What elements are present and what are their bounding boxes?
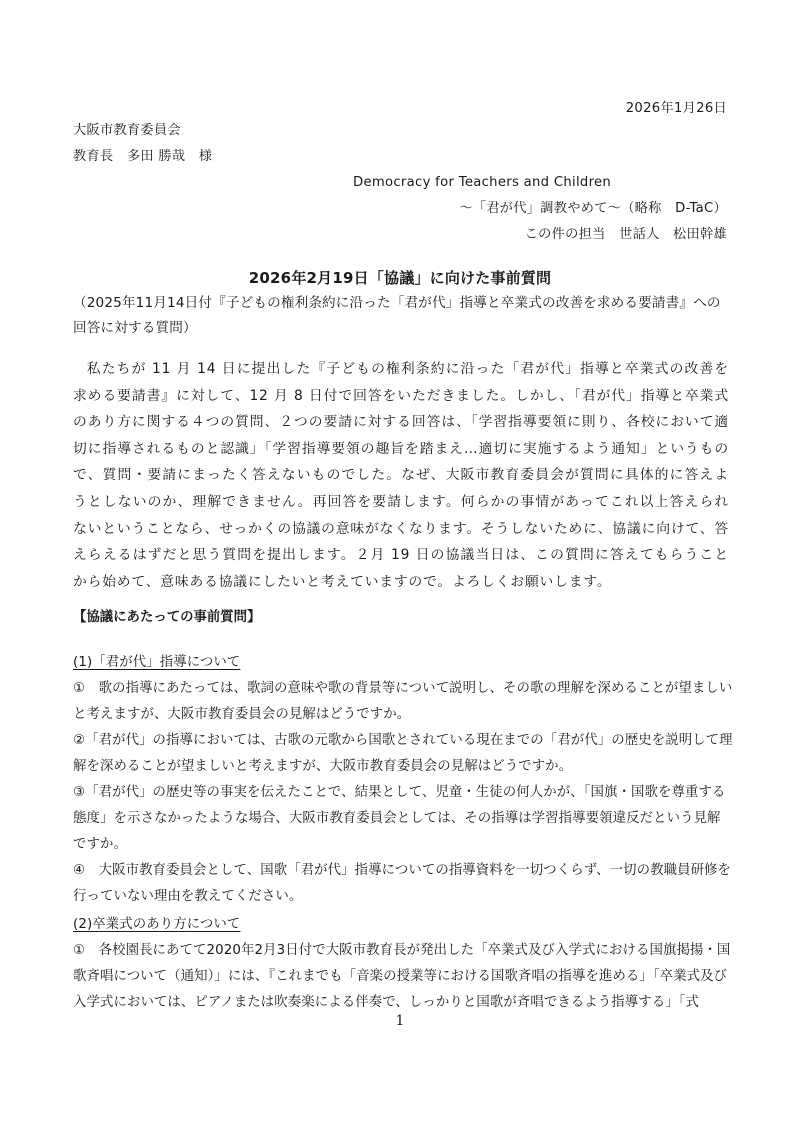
- document-title: 2026年2月19日「協議」に向けた事前質問: [0, 266, 800, 290]
- section-heading: (1)「君が代」指導について: [73, 650, 733, 676]
- question-item: ④ 大阪市教育委員会として、国歌「君が代」指導についての指導資料を一切つくらず、…: [73, 858, 733, 910]
- question-item: ① 歌の指導にあたっては、歌詞の意味や歌の背景等について説明し、その歌の理解を深…: [73, 676, 733, 728]
- sender-contact: この件の担当 世話人 松田幹雄: [525, 222, 727, 248]
- intro-paragraph: 私たちが 11 月 14 日に提出した『子どもの権利条約に沿った「君が代」指導と…: [73, 356, 729, 595]
- document-date: 2026年1月26日: [626, 96, 727, 122]
- document-page: 2026年1月26日 大阪市教育委員会 教育長 多田 勝哉 様 Democrac…: [0, 0, 800, 1132]
- page-number: 1: [0, 1013, 800, 1029]
- question-item: ②「君が代」の指導においては、古歌の元歌から国歌とされている現在までの「君が代」…: [73, 728, 733, 780]
- intro-paragraph-text: 私たちが 11 月 14 日に提出した『子どもの権利条約に沿った「君が代」指導と…: [73, 356, 729, 595]
- questions-heading: 【協議にあたっての事前質問】: [73, 605, 260, 631]
- sender-organization-english: Democracy for Teachers and Children: [353, 170, 611, 196]
- question-item: ③「君が代」の歴史等の事実を伝えたことで、結果として、児童・生徒の何人かが、「国…: [73, 780, 733, 858]
- section-kimigayo-guidance: (1)「君が代」指導について ① 歌の指導にあたっては、歌詞の意味や歌の背景等に…: [73, 650, 733, 910]
- sender-organization-japanese: ～「君が代」調教やめて～（略称 D-TaC）: [459, 196, 727, 222]
- recipient-person: 教育長 多田 勝哉 様: [73, 144, 212, 170]
- document-subtitle: （2025年11月14日付『子どもの権利条約に沿った「君が代」指導と卒業式の改善…: [73, 291, 733, 341]
- recipient-organization: 大阪市教育委員会: [73, 118, 181, 144]
- section-heading: (2)卒業式のあり方について: [73, 912, 733, 938]
- section-graduation-ceremony: (2)卒業式のあり方について ① 各校園長にあてて2020年2月3日付で大阪市教…: [73, 912, 733, 1016]
- question-item: ① 各校園長にあてて2020年2月3日付で大阪市教育長が発出した「卒業式及び入学…: [73, 938, 733, 1016]
